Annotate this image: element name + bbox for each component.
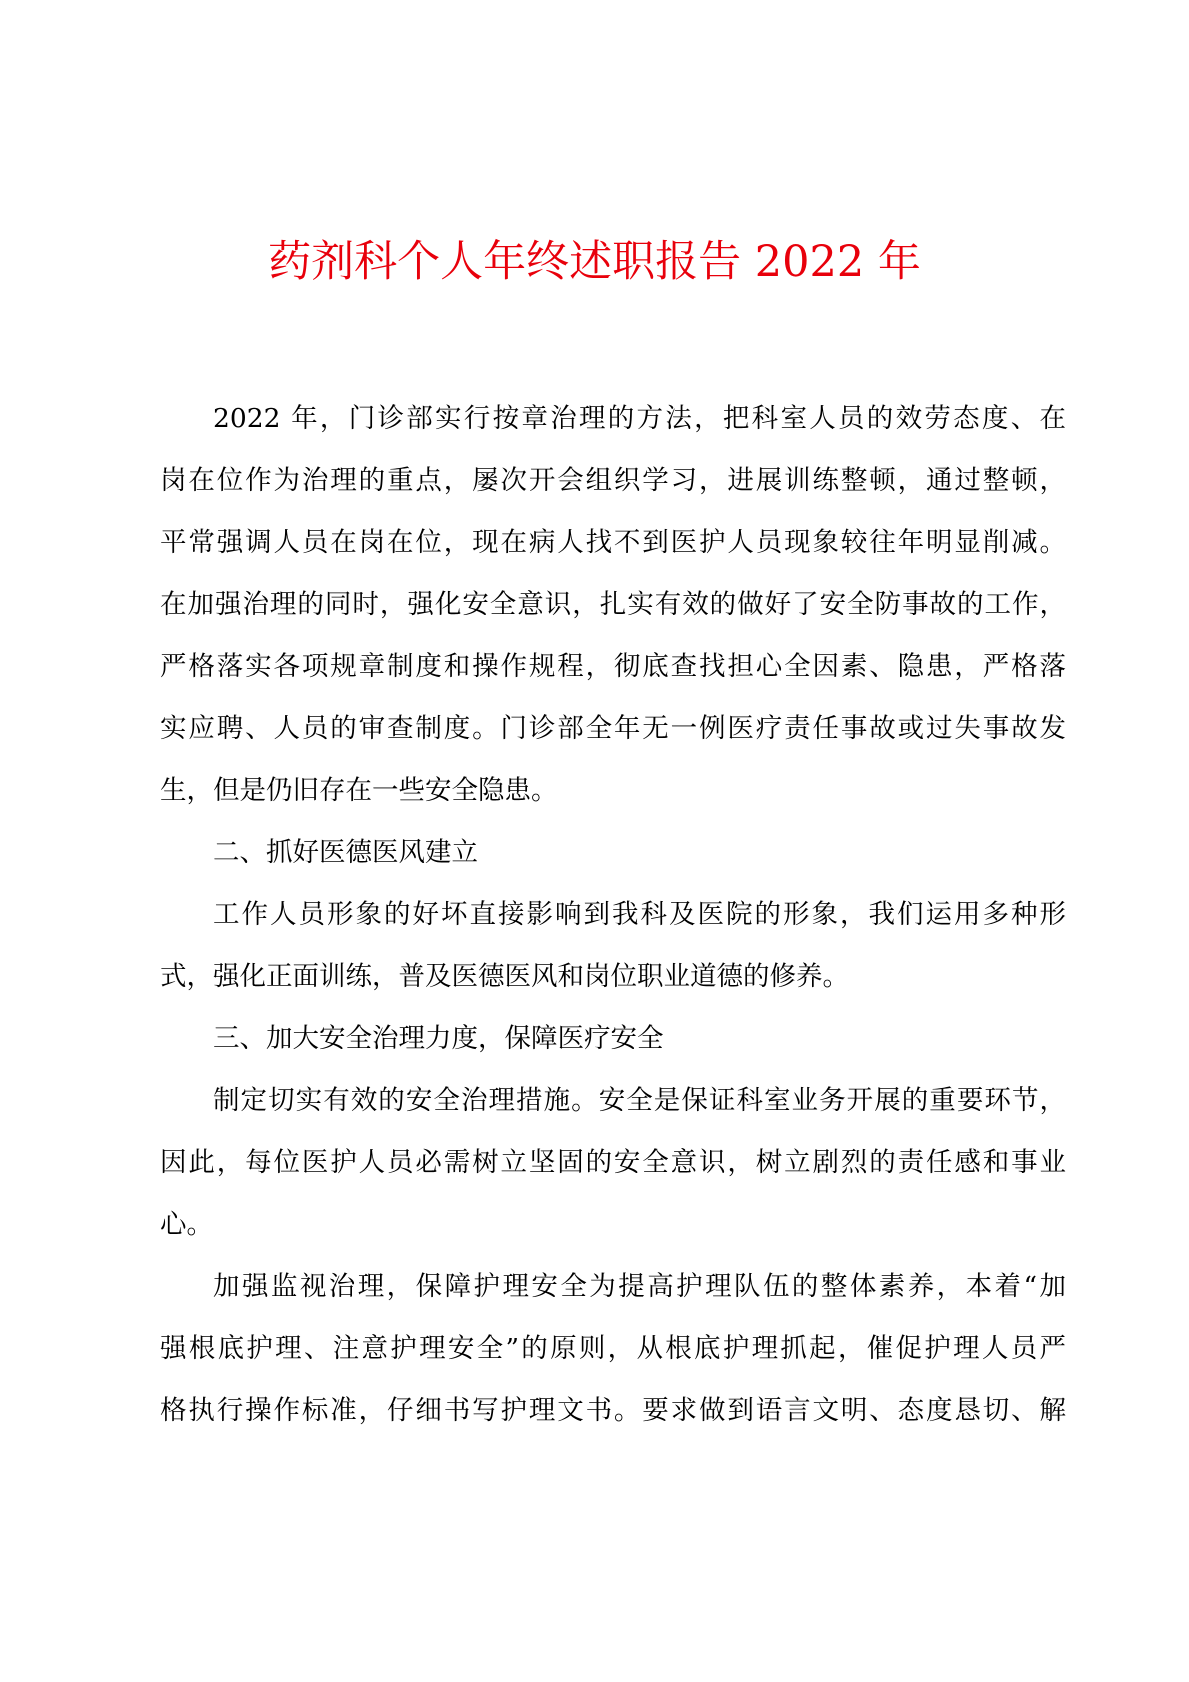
- body-line: 2022 年，门诊部实行按章治理的方法，把科室人员的效劳态度、在: [160, 388, 1066, 450]
- body-line: 心。: [160, 1194, 1066, 1256]
- body-line: 平常强调人员在岗在位，现在病人找不到医护人员现象较往年明显削减。: [160, 512, 1066, 574]
- body-line: 加强监视治理，保障护理安全为提高护理队伍的整体素养，本着“加: [160, 1256, 1066, 1318]
- body-line: 实应聘、人员的审查制度。门诊部全年无一例医疗责任事故或过失事故发: [160, 698, 1066, 760]
- section-heading: 三、加大安全治理力度，保障医疗安全: [160, 1008, 1066, 1070]
- body-line: 因此，每位医护人员必需树立坚固的安全意识，树立剧烈的责任感和事业: [160, 1132, 1066, 1194]
- body-line: 强根底护理、注意护理安全”的原则，从根底护理抓起，催促护理人员严: [160, 1318, 1066, 1380]
- body-line: 格执行操作标准，仔细书写护理文书。要求做到语言文明、态度恳切、解: [160, 1380, 1066, 1442]
- section-heading: 二、抓好医德医风建立: [160, 822, 1066, 884]
- body-line: 制定切实有效的安全治理措施。安全是保证科室业务开展的重要环节，: [160, 1070, 1066, 1132]
- body-line: 工作人员形象的好坏直接影响到我科及医院的形象，我们运用多种形: [160, 884, 1066, 946]
- body-line: 式，强化正面训练，普及医德医风和岗位职业道德的修养。: [160, 946, 1066, 1008]
- body-line: 岗在位作为治理的重点，屡次开会组织学习，进展训练整顿，通过整顿，: [160, 450, 1066, 512]
- body-line: 生，但是仍旧存在一些安全隐患。: [160, 760, 1066, 822]
- body-line: 在加强治理的同时，强化安全意识，扎实有效的做好了安全防事故的工作，: [160, 574, 1066, 636]
- document-page: 药剂科个人年终述职报告 2022 年 2022 年，门诊部实行按章治理的方法，把…: [0, 0, 1189, 1682]
- document-title: 药剂科个人年终述职报告 2022 年: [0, 234, 1189, 290]
- document-body: 2022 年，门诊部实行按章治理的方法，把科室人员的效劳态度、在 岗在位作为治理…: [160, 388, 1066, 1442]
- body-line: 严格落实各项规章制度和操作规程，彻底查找担心全因素、隐患，严格落: [160, 636, 1066, 698]
